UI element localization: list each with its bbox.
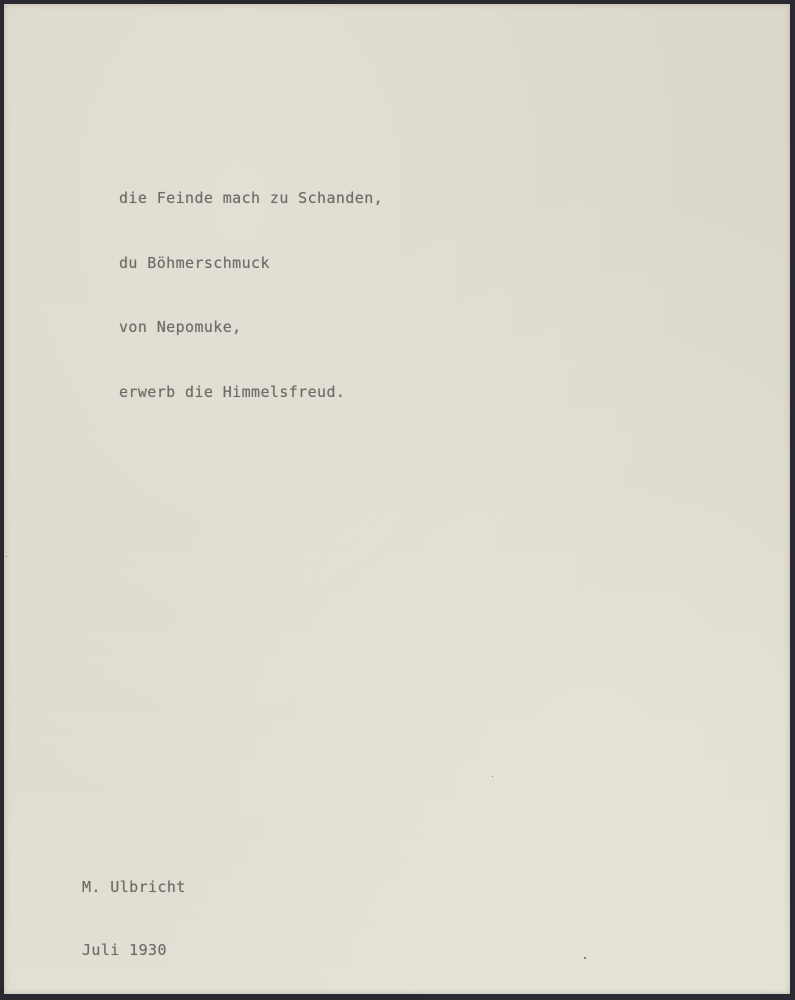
paper-speck	[492, 776, 493, 777]
paper-speck	[6, 556, 7, 557]
signature-block: M. Ulbricht Juli 1930	[82, 835, 186, 1000]
author-name: M. Ulbricht	[82, 877, 186, 898]
poem-stanza: die Feinde mach zu Schanden, du Böhmersc…	[119, 145, 383, 446]
poem-line: die Feinde mach zu Schanden,	[119, 188, 383, 210]
paper-speck	[584, 957, 586, 959]
poem-line: du Böhmerschmuck	[119, 253, 383, 275]
poem-line: erwerb die Himmelsfreud.	[119, 382, 383, 404]
document-page: die Feinde mach zu Schanden, du Böhmersc…	[4, 4, 790, 994]
poem-line: von Nepomuke,	[119, 317, 383, 339]
signature-date: Juli 1930	[82, 940, 186, 961]
